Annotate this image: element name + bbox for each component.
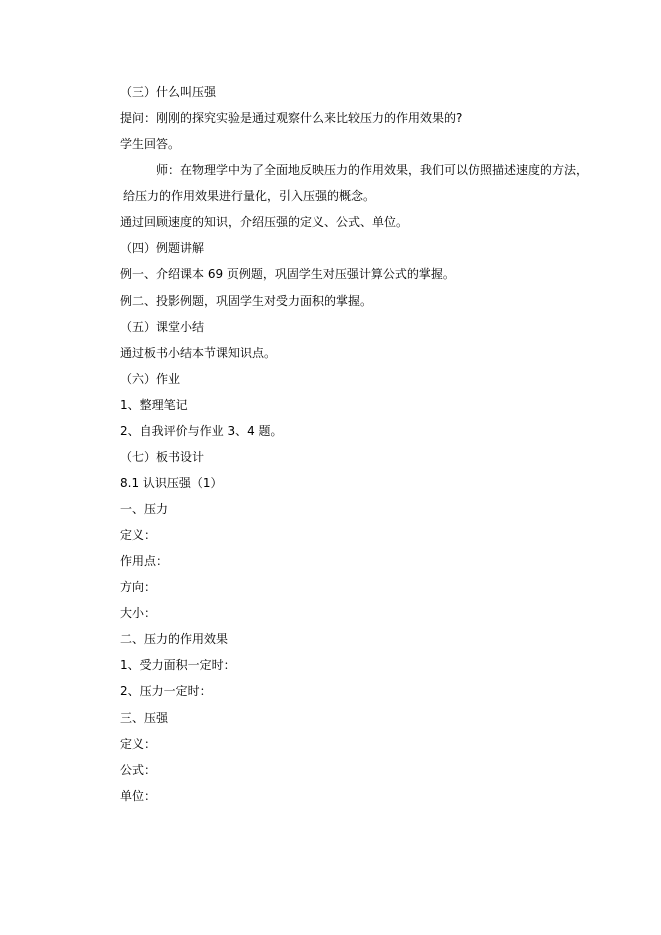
board-title: 8.1 认识压强（1） <box>120 470 560 496</box>
teacher-paragraph-cont: 给压力的作用效果进行量化，引入压强的概念。 <box>120 183 560 209</box>
summary-paragraph: 通过板书小结本节课知识点。 <box>120 340 560 366</box>
student-answer: 学生回答。 <box>120 131 560 157</box>
example-one: 例一、介绍课本 69 页例题，巩固学生对压强计算公式的掌握。 <box>120 261 560 287</box>
teacher-paragraph: 师：在物理学中为了全面地反映压力的作用效果，我们可以仿照描述速度的方法， <box>120 157 560 183</box>
section-heading-6: （六）作业 <box>120 366 560 392</box>
board-field-force-fixed: 2、压力一定时： <box>120 678 560 704</box>
board-field-formula: 公式： <box>120 757 560 783</box>
board-field-unit: 单位： <box>120 783 560 809</box>
homework-item-1: 1、整理笔记 <box>120 392 560 418</box>
review-paragraph: 通过回顾速度的知识，介绍压强的定义、公式、单位。 <box>120 209 560 235</box>
board-section-3: 三、压强 <box>120 705 560 731</box>
board-field-magnitude: 大小： <box>120 600 560 626</box>
section-heading-4: （四）例题讲解 <box>120 235 560 261</box>
section-heading-3: （三）什么叫压强 <box>120 79 560 105</box>
homework-item-2: 2、自我评价与作业 3、4 题。 <box>120 418 560 444</box>
question-paragraph: 提问：刚刚的探究实验是通过观察什么来比较压力的作用效果的? <box>120 105 560 131</box>
board-section-1: 一、压力 <box>120 496 560 522</box>
section-heading-7: （七）板书设计 <box>120 444 560 470</box>
document-page: （三）什么叫压强 提问：刚刚的探究实验是通过观察什么来比较压力的作用效果的? 学… <box>0 0 661 935</box>
board-field-direction: 方向： <box>120 574 560 600</box>
board-field-area-fixed: 1、受力面积一定时： <box>120 652 560 678</box>
example-two: 例二、投影例题，巩固学生对受力面积的掌握。 <box>120 288 560 314</box>
board-field-pressure-definition: 定义： <box>120 731 560 757</box>
document-body: （三）什么叫压强 提问：刚刚的探究实验是通过观察什么来比较压力的作用效果的? 学… <box>120 79 560 809</box>
section-heading-5: （五）课堂小结 <box>120 314 560 340</box>
board-field-point: 作用点： <box>120 548 560 574</box>
board-section-2: 二、压力的作用效果 <box>120 626 560 652</box>
board-field-definition: 定义： <box>120 522 560 548</box>
